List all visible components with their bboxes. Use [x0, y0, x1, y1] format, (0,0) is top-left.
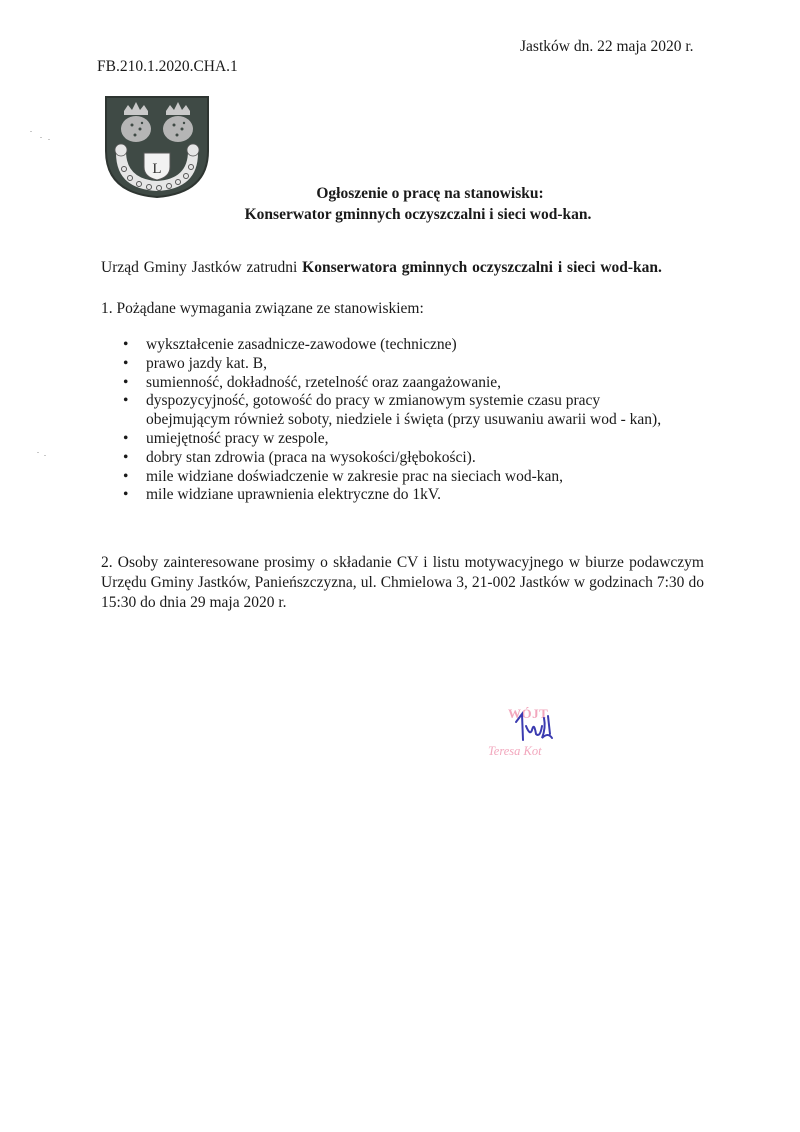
reference-number: FB.210.1.2020.CHA.1 — [97, 58, 238, 76]
application-paragraph: 2. Osoby zainteresowane prosimy o składa… — [101, 553, 704, 613]
bullet-icon: • — [123, 336, 128, 355]
bullet-icon: • — [123, 486, 128, 505]
list-item: •dobry stan zdrowia (praca na wysokości/… — [120, 449, 661, 468]
document-page: Jastków dn. 22 maja 2020 r. FB.210.1.202… — [0, 0, 800, 1132]
title-line-1: Ogłoszenie o pracę na stanowisku: — [0, 183, 800, 204]
bullet-icon: • — [123, 449, 128, 468]
list-item: •umiejętność pracy w zespole, — [120, 430, 661, 449]
intro-prefix: Urząd Gminy Jastków zatrudni — [101, 259, 302, 276]
place-date: Jastków dn. 22 maja 2020 r. — [520, 38, 694, 56]
list-item-continuation: obejmującym również soboty, niedziele i … — [120, 411, 661, 430]
bullet-icon: • — [123, 392, 128, 411]
scan-artifact — [37, 452, 39, 453]
list-item: •mile widziane uprawnienia elektryczne d… — [120, 486, 661, 505]
list-item: •mile widziane doświadczenie w zakresie … — [120, 468, 661, 487]
list-item: •prawo jazdy kat. B, — [120, 355, 661, 374]
stamp-name: Teresa Kot — [488, 744, 542, 759]
scan-artifact — [30, 131, 32, 132]
scan-artifact — [40, 137, 42, 138]
svg-text:L: L — [152, 161, 161, 177]
bullet-icon: • — [123, 374, 128, 393]
requirements-list: •wykształcenie zasadnicze-zawodowe (tech… — [120, 336, 661, 505]
bullet-icon: • — [123, 430, 128, 449]
handwritten-signature-icon — [512, 708, 562, 748]
bullet-icon: • — [123, 468, 128, 487]
page-title: Ogłoszenie o pracę na stanowisku: Konser… — [0, 183, 800, 225]
requirements-heading: 1. Pożądane wymagania związane ze stanow… — [101, 300, 424, 318]
title-line-2: Konserwator gminnych oczyszczalni i siec… — [0, 204, 800, 225]
intro-position: Konserwatora gminnych oczyszczalni i sie… — [302, 259, 662, 276]
list-item: •wykształcenie zasadnicze-zawodowe (tech… — [120, 336, 661, 355]
scan-artifact — [44, 455, 46, 456]
bullet-icon: • — [123, 355, 128, 374]
signature-stamp: WÓJT Teresa Kot — [500, 700, 580, 770]
list-item: •sumienność, dokładność, rzetelność oraz… — [120, 374, 661, 393]
intro-paragraph: Urząd Gminy Jastków zatrudni Konserwator… — [101, 259, 662, 277]
scan-artifact — [48, 139, 50, 140]
list-item: •dyspozycyjność, gotowość do pracy w zmi… — [120, 392, 661, 411]
